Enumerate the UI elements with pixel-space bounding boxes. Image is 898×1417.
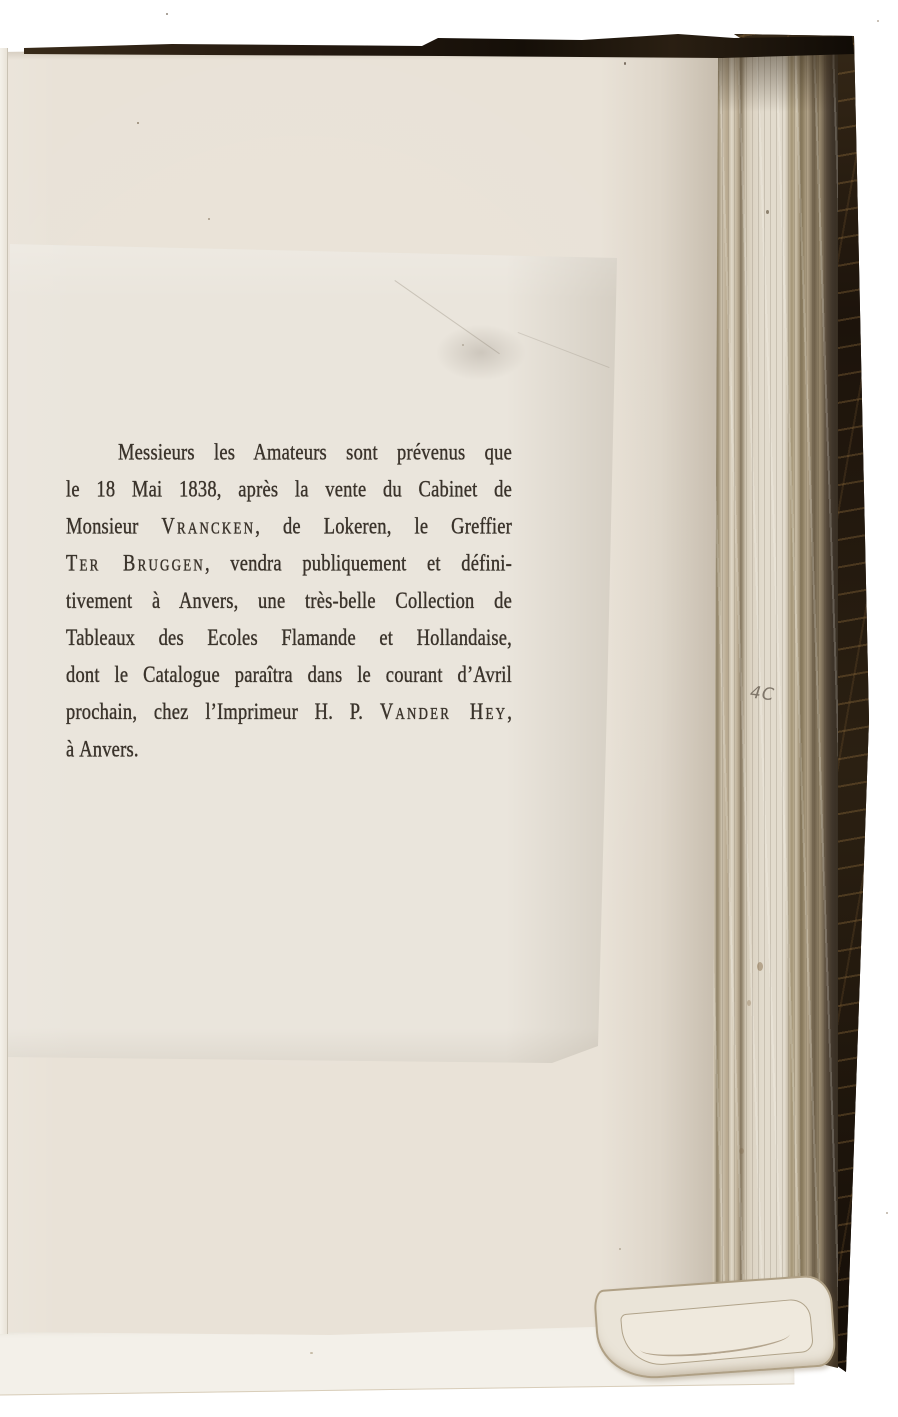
- speck: [739, 1148, 744, 1154]
- book-photo: Messieurs les Amateurs sont prévenus que…: [0, 0, 898, 1417]
- speck: [310, 1352, 313, 1354]
- speck: [137, 122, 139, 124]
- speck: [886, 1212, 888, 1214]
- speck: [208, 218, 210, 220]
- speck: [877, 20, 879, 22]
- speck-layer: [0, 0, 898, 1417]
- speck: [462, 344, 464, 346]
- speck: [619, 1248, 621, 1250]
- speck: [166, 13, 168, 15]
- speck: [747, 1000, 751, 1006]
- speck: [624, 62, 626, 65]
- speck: [757, 962, 763, 971]
- speck: [95, 565, 97, 567]
- speck: [766, 210, 769, 214]
